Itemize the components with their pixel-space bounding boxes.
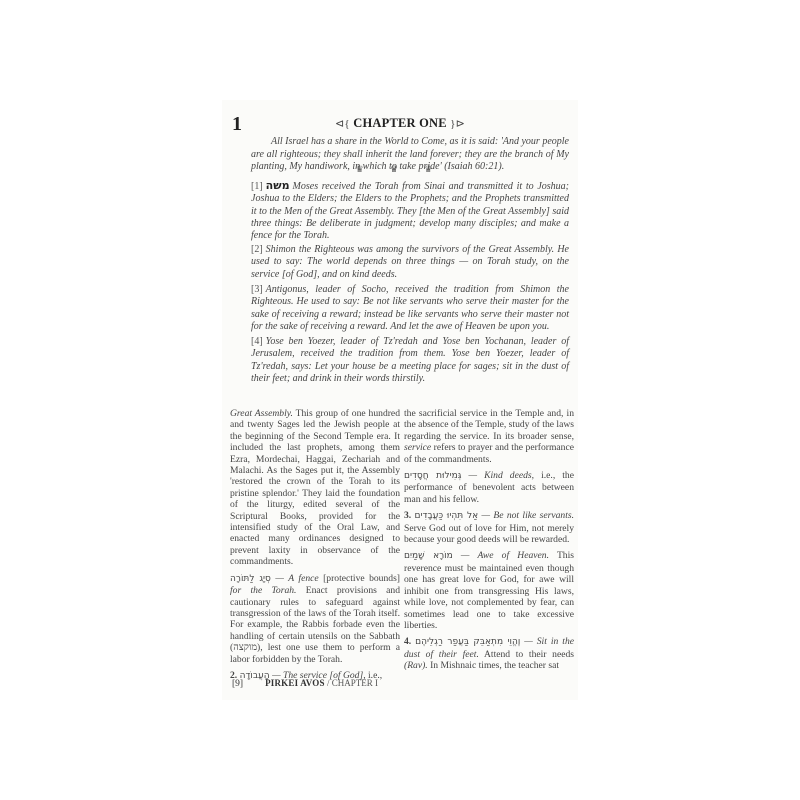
commentary-paragraph: מוֹרָא שָׁמַיִם — Awe of Heaven. This re… [404, 550, 574, 631]
mishnah-number: [2] [251, 244, 263, 255]
mishnah-text: Yose ben Yoezer, leader of Tz'redah and … [251, 336, 569, 384]
mishnah-2: [2]Shimon the Righteous was among the su… [251, 244, 569, 281]
mishnah-text: Antigonus, leader of Socho, received the… [251, 284, 569, 332]
ornament-left-icon: ⊲{ [335, 118, 350, 130]
commentary-paragraph: Great Assembly. This group of one hundre… [230, 408, 400, 568]
mishnah-number: [4] [251, 336, 263, 347]
mishnah-hebrew-lead: משה [266, 179, 290, 192]
commentary-left-column: Great Assembly. This group of one hundre… [230, 408, 400, 687]
book-title: PIRKEI AVOS [265, 678, 325, 688]
chapter-label: / CHAPTER I [325, 678, 378, 688]
page-number: [9] [232, 679, 243, 689]
mishnah-text: Shimon the Righteous was among the survi… [251, 244, 569, 280]
commentary-paragraph: 3. אַל תִּהְיוּ כַּעֲבָדִים — Be not lik… [404, 510, 574, 545]
mishnah-3: [3]Antigonus, leader of Socho, received … [251, 284, 569, 333]
mishnah-1: [1]משהMoses received the Torah from Sina… [251, 180, 569, 242]
commentary-paragraph: גְּמִילוּת חֲסָדִים — Kind deeds, i.e., … [404, 470, 574, 505]
commentary-paragraph: the sacrificial service in the Temple an… [404, 408, 574, 465]
page-footer: [9]PIRKEI AVOS / CHAPTER I [232, 678, 378, 689]
ornament-right-icon: }⊳ [450, 118, 465, 130]
commentary-right-column: the sacrificial service in the Temple an… [404, 408, 574, 677]
chapter-title-text: CHAPTER ONE [353, 116, 447, 130]
mishnah-number: [3] [251, 284, 263, 295]
mishnah-number: [1] [251, 181, 263, 192]
separator-ornament-icon: ♛ ♛ ♛ [230, 164, 570, 175]
chapter-title: ⊲{ CHAPTER ONE }⊳ [230, 116, 570, 131]
commentary-paragraph: 4. וֶהֱוֵי מִתְאַבֵּק בַּעֲפַר רַגְלֵיהֶ… [404, 636, 574, 671]
mishnah-text: Moses received the Torah from Sinai and … [251, 181, 569, 241]
commentary-paragraph: סְיָג לַתּוֹרָה — A fence [protective bo… [230, 573, 400, 665]
mishnah-4: [4]Yose ben Yoezer, leader of Tz'redah a… [251, 336, 569, 385]
